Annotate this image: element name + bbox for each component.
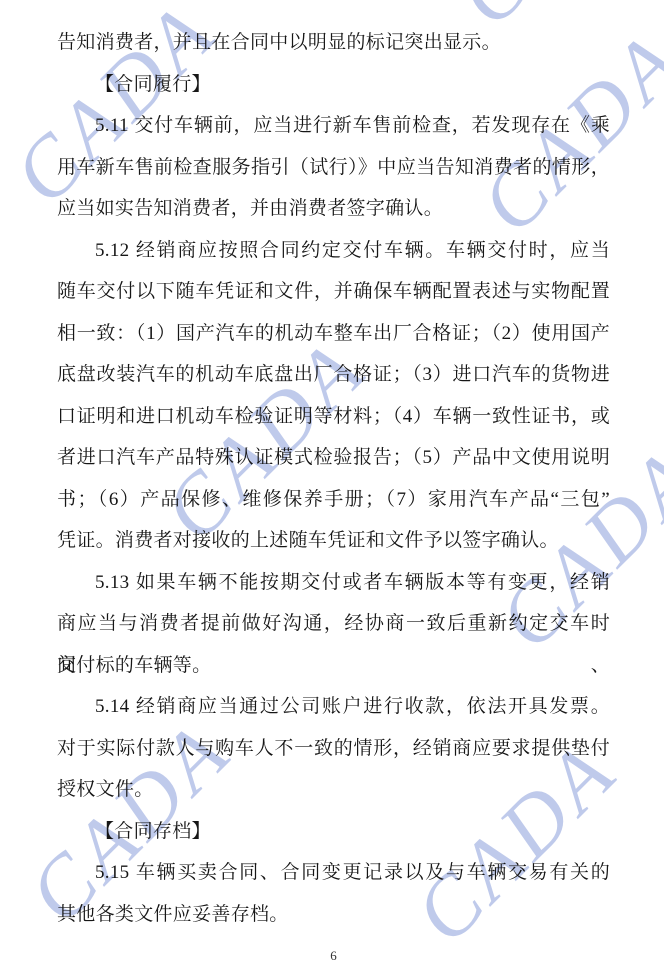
text-line: 授权文件。 (57, 769, 610, 811)
text-line: 底盘改装汽车的机动车底盘出厂合格证；（3）进口汽车的货物进 (57, 354, 610, 396)
document-page: CADACADACADACADACADACADACADACADACADA 告知消… (0, 0, 664, 978)
text-line: 对于实际付款人与购车人不一致的情形，经销商应要求提供垫付 (57, 728, 610, 770)
text-line: 5.11 交付车辆前，应当进行新车售前检查，若发现存在《乘 (57, 105, 610, 147)
text-line: 应当如实告知消费者，并由消费者签字确认。 (57, 188, 610, 230)
text-line: 告知消费者，并且在合同中以明显的标记突出显示。 (57, 22, 610, 64)
text-line: 书；（6）产品保修、维修保养手册；（7）家用汽车产品“三包” (57, 479, 610, 521)
text-line: 【合同存档】 (57, 811, 610, 853)
text-line: 5.13 如果车辆不能按期交付或者车辆版本等有变更，经销 (57, 562, 610, 604)
text-line: 5.14 经销商应当通过公司账户进行收款，依法开具发票。 (57, 686, 610, 728)
text-line: 5.12 经销商应按照合同约定交付车辆。车辆交付时，应当 (57, 230, 610, 272)
text-line: 商应当与消费者提前做好沟通，经协商一致后重新约定交车时间、 (57, 603, 610, 645)
text-line: 用车新车售前检查服务指引（试行）》中应当告知消费者的情形， (57, 147, 610, 189)
document-body: 告知消费者，并且在合同中以明显的标记突出显示。【合同履行】5.11 交付车辆前，… (57, 22, 610, 935)
text-line: 者进口汽车产品特殊认证模式检验报告；（5）产品中文使用说明 (57, 437, 610, 479)
cada-watermark: CADA (636, 535, 664, 776)
text-line: 5.15 车辆买卖合同、合同变更记录以及与车辆交易有关的 (57, 852, 610, 894)
cada-watermark: CADA (638, 212, 664, 453)
text-line: 相一致：（1）国产汽车的机动车整车出厂合格证；（2）使用国产 (57, 313, 610, 355)
text-line: 随车交付以下随车凭证和文件，并确保车辆配置表述与实物配置 (57, 271, 610, 313)
page-number: 6 (57, 948, 610, 964)
text-line: 凭证。消费者对接收的上述随车凭证和文件予以签字确认。 (57, 520, 610, 562)
text-line: 口证明和进口机动车检验证明等材料；（4）车辆一致性证书，或 (57, 396, 610, 438)
text-line: 其他各类文件应妥善存档。 (57, 894, 610, 936)
text-line: 【合同履行】 (57, 64, 610, 106)
